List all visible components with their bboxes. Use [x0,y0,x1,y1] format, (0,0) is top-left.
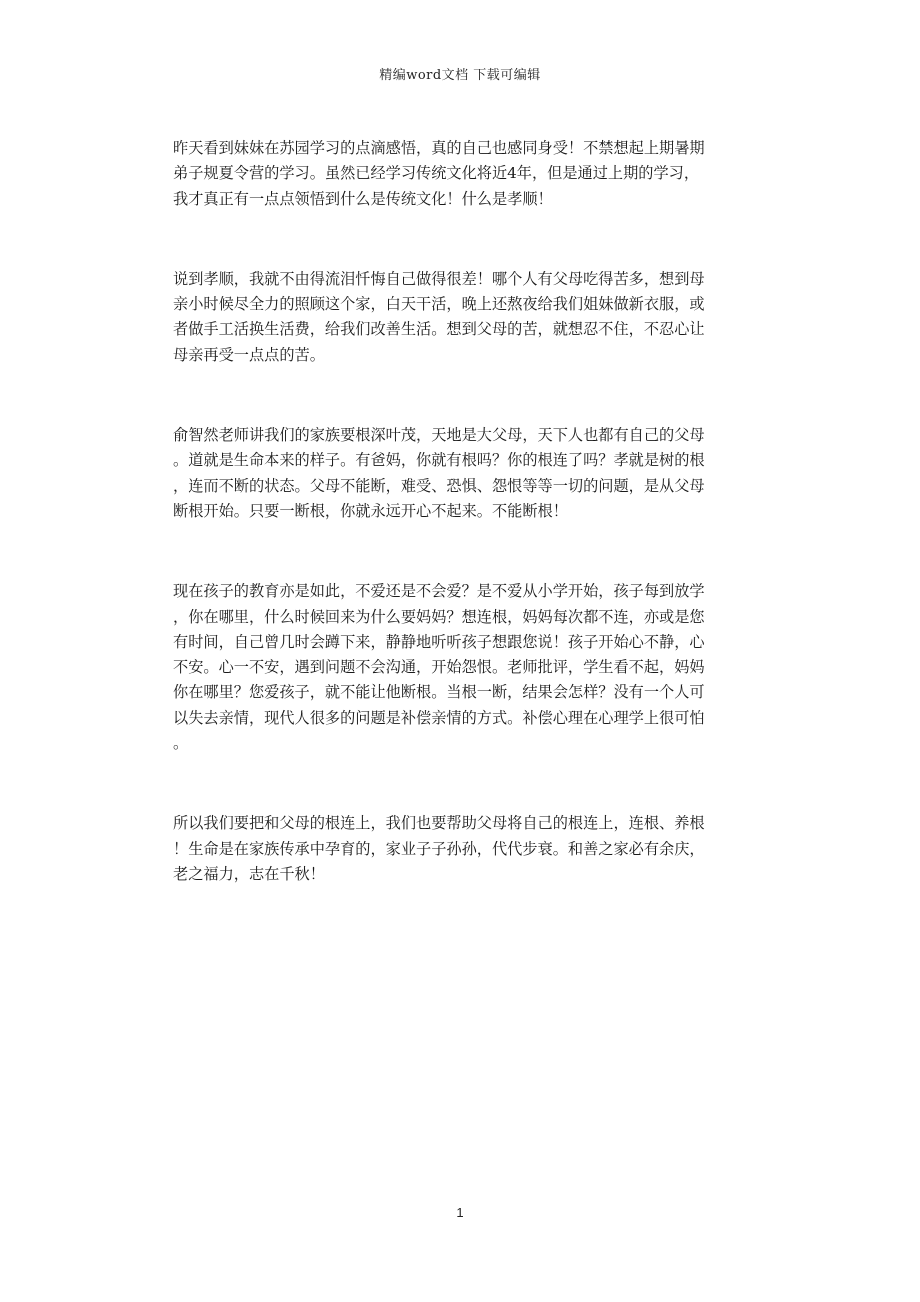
text-line: ！生命是在家族传承中孕育的，家业子子孙孙，代代步衰。和善之家必有余庆， [173,837,773,862]
paragraph-spacer [173,212,773,267]
text-line: 现在孩子的教育亦是如此，不爱还是不会爱？是不爱从小学开始，孩子每到放学 [173,579,773,604]
paragraph-4: 现在孩子的教育亦是如此，不爱还是不会爱？是不爱从小学开始，孩子每到放学 ，你在哪… [173,579,773,756]
text-line: 。道就是生命本来的样子。有爸妈，你就有根吗？你的根连了吗？孝就是树的根 [173,448,773,473]
text-line: 不安。心一不安，遇到问题不会沟通，开始怨恨。老师批评，学生看不起，妈妈 [173,655,773,680]
text-line: ，连而不断的状态。父母不能断，难受、恐惧、怨恨等等一切的问题，是从父母 [173,474,773,499]
paragraph-spacer [173,524,773,579]
text-line: ，你在哪里，什么时候回来为什么要妈妈？想连根，妈妈每次都不连，亦或是您 [173,605,773,630]
text-line: 俞智然老师讲我们的家族要根深叶茂，天地是大父母，天下人也都有自己的父母 [173,423,773,448]
paragraph-1: 昨天看到妹妹在苏园学习的点滴感悟，真的自己也感同身受！不禁想起上期暑期 弟子规夏… [173,136,773,212]
text-line: 老之福力，志在千秋！ [173,862,773,887]
text-line: 所以我们要把和父母的根连上，我们也要帮助父母将自己的根连上，连根、养根 [173,811,773,836]
text-line: 母亲再受一点点的苦。 [173,343,773,368]
text-line: 有时间，自己曾几时会蹲下来，静静地听听孩子想跟您说！孩子开始心不静，心 [173,630,773,655]
text-line: 者做手工活换生活费，给我们改善生活。想到父母的苦，就想忍不住，不忍心让 [173,317,773,342]
text-line: 。 [173,731,773,756]
paragraph-spacer [173,756,773,811]
paragraph-5: 所以我们要把和父母的根连上，我们也要帮助父母将自己的根连上，连根、养根 ！生命是… [173,811,773,887]
text-line: 断根开始。只要一断根，你就永远开心不起来。不能断根！ [173,499,773,524]
text-line: 你在哪里？您爱孩子，就不能让他断根。当根一断，结果会怎样？没有一个人可 [173,680,773,705]
text-line: 亲小时候尽全力的照顾这个家，白天干活，晚上还熬夜给我们姐妹做新衣服，或 [173,292,773,317]
text-line: 昨天看到妹妹在苏园学习的点滴感悟，真的自己也感同身受！不禁想起上期暑期 [173,136,773,161]
text-line: 弟子规夏令营的学习。虽然已经学习传统文化将近4年，但是通过上期的学习， [173,161,773,186]
paragraph-2: 说到孝顺，我就不由得流泪忏悔自己做得很差！哪个人有父母吃得苦多，想到母 亲小时候… [173,267,773,368]
text-line: 说到孝顺，我就不由得流泪忏悔自己做得很差！哪个人有父母吃得苦多，想到母 [173,267,773,292]
text-line: 以失去亲情，现代人很多的问题是补偿亲情的方式。补偿心理在心理学上很可怕 [173,706,773,731]
paragraph-3: 俞智然老师讲我们的家族要根深叶茂，天地是大父母，天下人也都有自己的父母 。道就是… [173,423,773,524]
document-header: 精编word文档 下载可编辑 [0,64,920,83]
text-line: 我才真正有一点点领悟到什么是传统文化！什么是孝顺！ [173,187,773,212]
document-body: 昨天看到妹妹在苏园学习的点滴感悟，真的自己也感同身受！不禁想起上期暑期 弟子规夏… [173,136,773,887]
page-number: 1 [0,1205,920,1220]
paragraph-spacer [173,368,773,423]
